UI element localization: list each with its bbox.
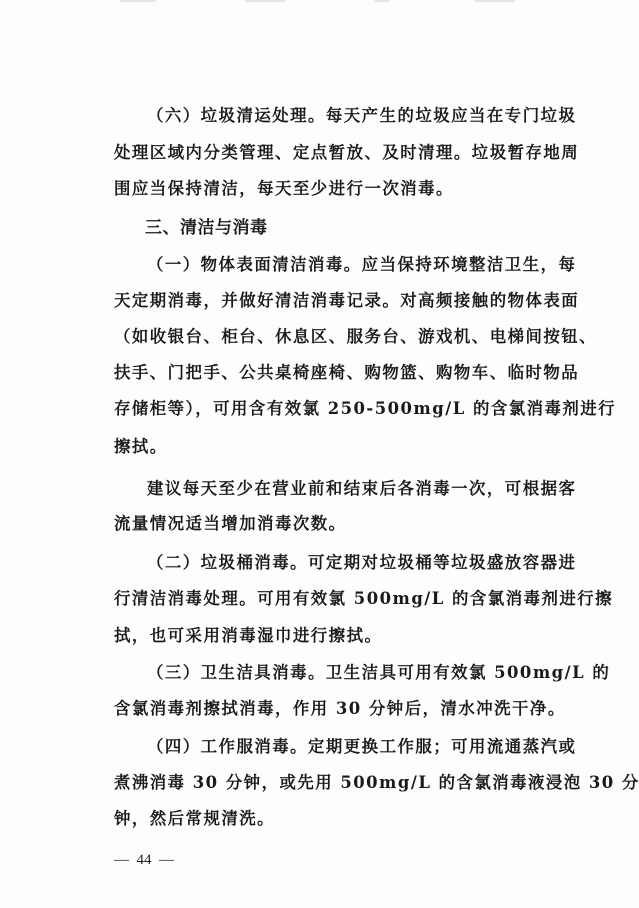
document-page: （六）垃圾清运处理。每天产生的垃圾应当在专门垃圾 处理区域内分类管理、定点暂放、… [0, 0, 639, 908]
paragraph-line: 建议每天至少在营业前和结束后各消毒一次，可根据客 [147, 477, 542, 501]
paragraph-line: 钟，然后常规清洗。 [114, 807, 542, 831]
paragraph-line: 擦拭。 [114, 435, 542, 459]
paragraph-line: 围应当保持清洁，每天至少进行一次消毒。 [114, 177, 542, 201]
paragraph-line: 天定期消毒，并做好清洁消毒记录。对高频接触的物体表面 [114, 289, 542, 313]
paragraph-line: 处理区域内分类管理、定点暂放、及时清理。垃圾暂存地周 [114, 141, 542, 165]
paragraph-line: 扶手、门把手、公共桌椅座椅、购物篮、购物车、临时物品 [114, 361, 542, 385]
paragraph-line: （如收银台、柜台、休息区、服务台、游戏机、电梯间按钮、 [114, 325, 542, 349]
paragraph-line: 行清洁消毒处理。可用有效氯 500mg/L 的含氯消毒剂进行擦 [114, 587, 542, 611]
paragraph-line: （一）物体表面清洁消毒。应当保持环境整洁卫生，每 [147, 253, 542, 277]
paragraph-line: 含氯消毒剂擦拭消毒，作用 30 分钟后，清水冲洗干净。 [114, 697, 542, 721]
page-number: — 44 — [114, 850, 174, 870]
paragraph-line: 流量情况适当增加消毒次数。 [114, 512, 542, 536]
scan-artifact [120, 0, 156, 2]
paragraph-line: 存储柜等），可用含有效氯 250-500mg/L 的含氯消毒剂进行 [114, 397, 542, 421]
scan-artifact [475, 0, 515, 2]
paragraph-line: （三）卫生洁具消毒。卫生洁具可用有效氯 500mg/L 的 [147, 661, 542, 685]
paragraph-line: （六）垃圾清运处理。每天产生的垃圾应当在专门垃圾 [147, 104, 542, 128]
paragraph-line: （四）工作服消毒。定期更换工作服；可用流通蒸汽或 [147, 735, 542, 759]
paragraph-line: 煮沸消毒 30 分钟，或先用 500mg/L 的含氯消毒液浸泡 30 分 [114, 771, 542, 795]
scan-artifact [245, 0, 285, 2]
paragraph-line: 拭，也可采用消毒湿巾进行擦拭。 [114, 624, 542, 648]
scan-artifact [375, 0, 389, 2]
paragraph-line: （二）垃圾桶消毒。可定期对垃圾桶等垃圾盛放容器进 [147, 551, 542, 575]
section-heading: 三、清洁与消毒 [145, 216, 268, 240]
